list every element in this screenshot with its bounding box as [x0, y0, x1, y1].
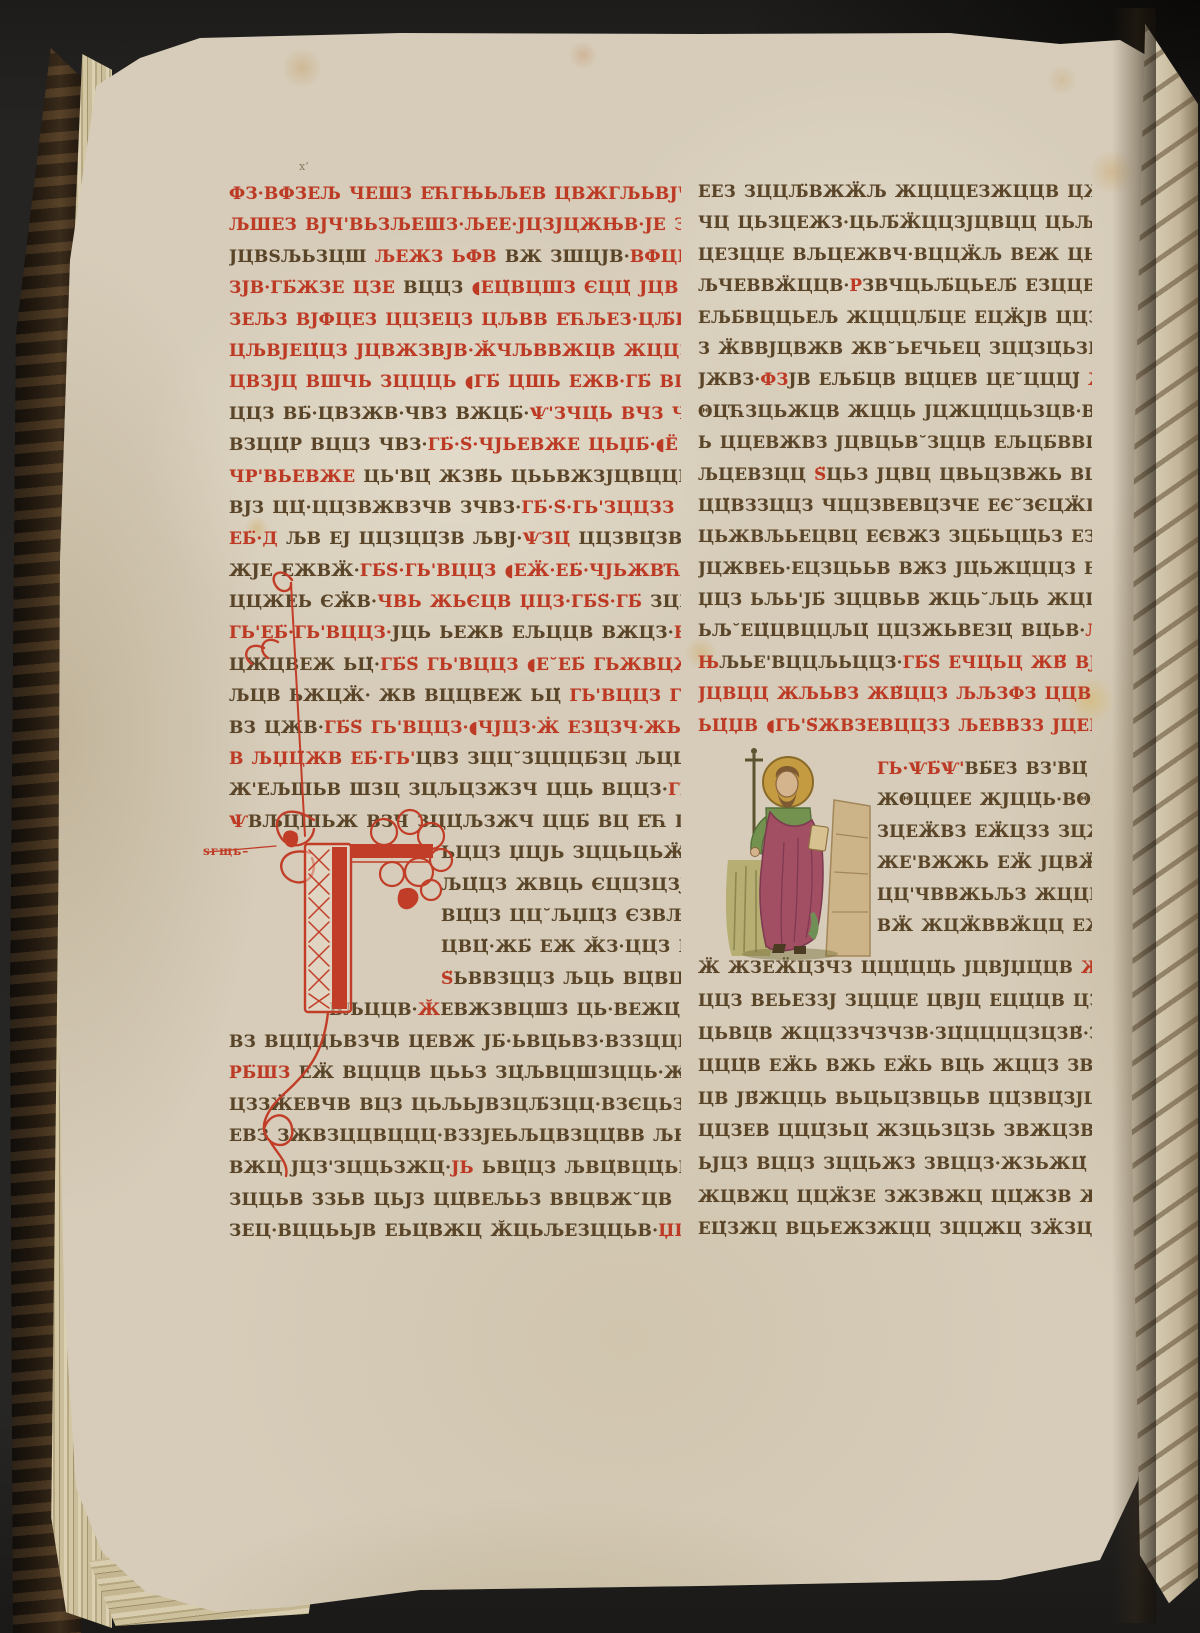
ink-text: ЦЕЗЦЦЕ ВЉЦЕЖВЧ·ВЦЦӜЉ ВЕЖ ЦЬ ЖВЋЗ Ц: [698, 244, 1092, 264]
manuscript-text-line: ЊЉЬЕ'ВЦЦЉЬЦЦЗ·ГЬ̈Ѕ̈ ЕЧЦ̈ЬЦ ЖВ̈ ВЈВЖВЖЦВ̈: [698, 647, 1092, 678]
text-block-upper: ЕЕЗ ЗЦЦЉ̈ВЖӜЉ ЖЦЦЦЕЗЖЦЦВ ЦЖӞ ЈЖЗЦ̈ЧЦ ЦЬЗ…: [698, 176, 1092, 741]
initial-stem: [305, 844, 351, 1012]
tower: [826, 800, 870, 956]
ink-text: ЦВ ЈВ̈ЖЦЦЬ ВЬЦ̈ЬЦ̈ЗВЦЬВ ЦЦ̈ЗВЦ̈ЗЈЦЦ̈ЬЦӜ: [698, 1088, 1092, 1108]
rubric-text: ЈЦВЦЦ ЖЉЬВЗ ЖВ̈ЦЦЗ ЉЉЗФЗ ЦЦВ˘ЦЦЦ̈ЦВЖЗ ЖЦ: [698, 683, 1092, 703]
manuscript-text-line: ЈЦВЦЦ ЖЉЬВЗ ЖВ̈ЦЦЗ ЉЉЗФЗ ЦЦВ˘ЦЦЦ̈ЦВЖЗ ЖЦ: [698, 678, 1092, 709]
ink-text: ЈЦВЅЉЬЗЦШ: [229, 247, 375, 267]
ink-text: ЗЦЦЦЬ: [650, 592, 681, 612]
saint-hand: [751, 848, 760, 857]
ink-text: З ӜВВЈЦВЖВ ЖВ˘ЬЕЧЬЕЦ ЗЦЦ̈ЗЦ̈ЬЗЕЦЗ ЕЬЈ: [698, 338, 1092, 358]
rubric-text: ѰЗЦ̈: [522, 529, 578, 549]
ink-text: ΘЦЋЗЦЬЖЦВ ЖЦЦЬ ЈЦЖЦЦ̈ЦЬЗЦВ·ВЦЦ̈ВВЦӜ: [698, 401, 1092, 421]
ink-text: ЦЬ'ВЦ̈ ЖЗВ̈Ь ЦЬЬВЖЗЈЦВЦЦЬ̈В·: [363, 467, 681, 487]
ink-text: ЦЬЖВЉЬЕЦВЦ ЕЄВЖЗ ЗЦЬ̈ЬЦЦ̈ЬЗ ЕЗЈЈЖЦ̈В: [698, 526, 1092, 546]
parchment-page: х’ ѕгщь– ФЗ·ВФЗЕЉ ЧЕШЗ ЕЋГЊЬЉЕВ ЦВЖГЉЬВЈ…: [0, 0, 1200, 1633]
manuscript-text-line: ЦЬЖВЉЬЕЦВЦ ЕЄВЖЗ ЗЦЬ̈ЬЦЦ̈ЬЗ ЕЗЈЈЖЦ̈В: [698, 521, 1092, 552]
manuscript-text-line: ЦЕЗЦЦЕ ВЉЦЕЖВЧ·ВЦЦӜЉ ВЕЖ ЦЬ ЖВЋЗ Ц: [698, 239, 1092, 270]
ink-text: ЦЦЦ̈В ЕӜЬ ВЖЬ ЕӜЬ ВЦ̈Ь ЖЦЦЗ ЗВ·ЖЗВӜ ЏЬЖВ…: [698, 1055, 1092, 1075]
rubric-text: Ѱ'ЗЧЦ̈Ь ВЧЗ ЧЕ: [530, 404, 681, 424]
manuscript-text-line: ЦЦ̈ВЗЗЦЦЗ ЧЦЦЗВЕВЦ̈ЗЧЕ ЕЄ˘ЗЄЦӜЦВ ЦЬ: [698, 490, 1092, 521]
manuscript-text-line: ЧЦ ЦЬЗЦЕЖЗ·ЦЬЉ̈ӜЦЦЗЈЦВЦЦ ЦЬЉЦ̈ЕЗ·Ӝ: [698, 207, 1092, 238]
text-block-lower: Ӝ ЖЗЕӜЦЗЧЗ ЦЦЦ̈ЦЦ̈Ь ЈЦВЈ̈ЏЦ̈ЦВ Ж ЦЦ̈З ЈЦ…: [698, 951, 1092, 1244]
ink-text: ЬВВЗЦЦЗ ЉЦЬ ВЦ̈ВЦЗ ЦЖ: [453, 969, 681, 989]
ink-text: ВЦЦЗ: [403, 278, 471, 298]
manuscript-text-line: ЈЖВЗ·ФЗЈВ ЕЉЬ̈ЦВ ВЦ̈ЦЕВ ЦЕ˘ЦЦЦЈ̈ ЖЬ˘ЦЬ: [698, 364, 1092, 395]
book: [808, 825, 828, 851]
ink-text: ЖЕ'ВЖЖЬ ЕӜ ЈЦВӜВВ ӁЦЦВӜЬ: [877, 852, 1092, 872]
ink-text: ЉЦЕВЗЦЦ: [698, 464, 814, 484]
ink-text: ЦЬЗ ЈЦВЦ ЦВЬЦЗВЖЬ ВЦ̈ВВЦ̈Ь: [826, 464, 1092, 484]
ink-text: ВЗЦЦ̈Р ВЦЦЗ ЧВЗ·: [229, 435, 428, 455]
ink-text: ЉВ ЕЈ ЦЦЗЦЦ̈ЗВ ЉВЈ·: [286, 529, 523, 549]
ink-text: ЕЉЬ̈ВЦЦЬЕЉ ЖЦЦЦЉ̈ЦЕ ЕЦӜЈВ ЦЦЗЦ̈ЉВЗ ЖЦ̈: [698, 307, 1092, 327]
manuscript-text-line: ЬЈЦЗ ВЦЦЗ ЗЦЦ̈ЬЖЗ ЗВЦЦЗ·ЖЗЬЖЦ̈ ЗЕЗЗӜ: [698, 1147, 1092, 1180]
manuscript-text-line: ЧР'ВЬЕВЖЕ ЦЬ'ВЦ̈ ЖЗВ̈Ь ЦЬЬВЖЗЈЦВЦЦЬ̈В·ВЦ…: [229, 462, 681, 493]
manuscript-text-line: ЖЦВЖЦ ЦЦӜЗЕ ЗЖЗВЖЦ ЦЦ̈ЖЗВ ЖЗ˘ЦЦ̈ЬЖЦЗ: [698, 1180, 1092, 1213]
rubric-text: ЧР'ВЬЕВЖЕ: [229, 467, 363, 487]
manuscript-text-line: ЗЈВ·ГЬ̈ЖЗЕ ЦЗЕ ВЦЦЗ ◖ЕЦ̈ВЦШЗ ЄЦЦ̈ ЈЦВ: [229, 273, 681, 304]
rubric-text: ◖ЕЦ̈ВЦШЗ ЄЦЦ̈ ЈЦВ: [472, 278, 679, 298]
manuscript-text-line: З ӜВВЈЦВЖВ ЖВ˘ЬЕЧЬЕЦ ЗЦЦ̈ЗЦ̈ЬЗЕЦЗ ЕЬЈ: [698, 333, 1092, 364]
rubric-text: ЦВЗЈЦ ВШЧЬ ЗЦЦЦЬ ◖ГЬ̈ ЦШЬ ЕЖВ·ГЬ̈ ВЦЦЦЗ: [229, 372, 681, 392]
ink-text: ЉЧЕВВӜЦЦВ·: [698, 275, 849, 295]
rubric-text: ЗЈВ·ГЬ̈ЖЗЕ ЦЗЕ: [229, 278, 403, 298]
margin-mark: х’: [299, 160, 309, 173]
ink-text: ВЈЗ ЦЦ̈·ЦЦЗВЖВЗЧВ ЗЧВЗ·: [229, 498, 521, 518]
ink-text: ЦЦЗЕВ ЦЦЦ̈ЗЬЦ̈ ЖЗЦЬЗЦ̈ЗЬ ЗВЖЦЗВ ЗЈЗ ЦЦ̈З: [698, 1120, 1092, 1140]
initial-top-arm: [351, 844, 433, 862]
manuscript-text-line: ЕЕЗ ЗЦЦЉ̈ВЖӜЉ ЖЦЦЦЕЗЖЦЦВ ЦЖӞ ЈЖЗЦ̈: [698, 176, 1092, 207]
manuscript-text-line: ЉЧЕВВӜЦЦВ·РЗВЧЦЬЉ̈ЦЬЕЉ̈ ЕЗЦЦВ ЄЦ̈В: [698, 270, 1092, 301]
rubric-text: ФЗ·ВФЗЕЉ ЧЕШЗ ЕЋГЊЬЉЕВ ЦВЖГЉЬВЈЧ'ВВ: [229, 184, 681, 204]
rubric-text: ЉЬ·ЦӜ·: [1085, 620, 1092, 640]
manuscript-text-line: ЉЦ̈ЦЗ ЖВЦЬ ЄЦЦЗЦЗЈЦ ЗВЕ·: [441, 870, 681, 901]
manuscript-text-line: ЦЉВЈЕЦ̈ЦЗ ЈЦВЖЗВЈВ·ӁЧЉВВЖЦВ ЖЦЦЗЕЉ̈·: [229, 336, 681, 367]
ink-text: ВЦ̈ЦЗ ЦЦ˘ЉЏЦ̈З ЄЗВЉЗ ВВ̈: [441, 906, 681, 926]
manuscript-text-line: ЖЕ'ВЖЖЬ ЕӜ ЈЦВӜВВ ӁЦЦВӜЬ: [877, 847, 1092, 878]
ink-text: ЗВЧЦЬЉ̈ЦЬЕЉ̈ ЕЗЦЦВ ЄЦ̈В: [862, 275, 1092, 295]
manuscript-text-line: ЦЬВЦ̈В ЖЦЦЗЗЧЗЧЗВ·ЗЦ̈ЦЦЦЦЗЦЗВ̈·ЗЦВ ЦЦЬ Ж…: [698, 1017, 1092, 1050]
rubric-text: ГЬ·ѰЬ̈Ѱ': [877, 758, 964, 778]
manuscript-text-line: ЦВЗЈЦ ВШЧЬ ЗЦЦЦЬ ◖ГЬ̈ ЦШЬ ЕЖВ·ГЬ̈ ВЦЦЦЗ: [229, 367, 681, 398]
manuscript-text-line: ЬЉ˘ЕЦ̈ЦВЦЦЉЦ̈ ЦЦЗЖЬВЕЗЦ̈ ВЦ̈ЬВ·ЉЬ·ЦӜ·ЉЦ̈…: [698, 615, 1092, 646]
manuscript-text-line: ЦЦЦ̈В ЕӜЬ ВЖЬ ЕӜЬ ВЦ̈Ь ЖЦЦЗ ЗВ·ЖЗВӜ ЏЬЖВ…: [698, 1049, 1092, 1082]
manuscript-text-line: ЗЕЉЗ ВЈФЦЕЗ ЦЦЗЕЦЗ ЦЉВВ ЕЋЉЕЗ·ЦЉ̈ЦЗ: [229, 305, 681, 336]
ink-text: ЉЦ̈ЦЗ ЖВЦЬ ЄЦЦЗЦЗЈЦ ЗВЕ·: [441, 875, 681, 895]
manuscript-text-line: ЦЦЗ ВЬ̈·ЦВЗЖВ·ЧВЗ ВЖЦЬ̈·Ѱ'ЗЧЦ̈Ь ВЧЗ ЧЕ З…: [229, 399, 681, 430]
ink-text: ЦВЦ̈·ЖЬ̈ ЕЖ ӁЗ·ЦЦЗ ЦЕВЦЦ: [441, 937, 681, 957]
manuscript-text-line: ΘЦЋЗЦЬЖЦВ ЖЦЦЬ ЈЦЖЦЦ̈ЦЬЗЦВ·ВЦЦ̈ВВЦӜ: [698, 396, 1092, 427]
manuscript-text-line: ЕЉЬ̈ВЦЦЬЕЉ ЖЦЦЦЉ̈ЦЕ ЕЦӜЈВ ЦЦЗЦ̈ЉВЗ ЖЦ̈: [698, 302, 1092, 333]
manuscript-text-line: ЦЦЗЕВ ЦЦЦ̈ЗЬЦ̈ ЖЗЦЬЗЦ̈ЗЬ ЗВЖЦЗВ ЗЈЗ ЦЦ̈З: [698, 1114, 1092, 1147]
ink-text: ЉЬЕ'ВЦЦЉЬЦЦЗ·: [719, 652, 903, 672]
manuscript-text-line: ЦВЦ̈·ЖЬ̈ ЕЖ ӁЗ·ЦЦЗ ЦЕВЦЦ: [441, 932, 681, 963]
ink-text: ЦЦ̈ВЗЗЦЦЗ ЧЦЦЗВЕВЦ̈ЗЧЕ ЕЄ˘ЗЄЦӜЦВ ЦЬ: [698, 495, 1092, 515]
initial-knotwork: [371, 810, 452, 909]
rubric-text: ЉШЕЗ ВЈЧ'ВЬЗЉЕШЗ·ЉЕЕ·ЈЦЗЈЦЖЊВ·ЈЕ ЗЦ̈ Ж: [229, 215, 681, 235]
rubric-text: ГЬ̈·Ѕ̈·ГЬ'ЗЦЦЗЗ ◖Ѱ: [521, 498, 681, 518]
illuminated-initial: [178, 552, 470, 1197]
ink-text: ЈЦЖВЕЬ·ЕЦЗЦЬЬВ ВЖЗ ЈЦ̈ЬЖЦ̈ЦЦЗ ВӜЬ ЦЗ: [698, 558, 1092, 578]
ink-text: ЦЦЗВЦ̈ЗВ ВЧЦЦЬ'Ч: [579, 529, 681, 549]
manuscript-text-line: ВЗЦЦ̈Р ВЦЦЗ ЧВЗ·ГЬ̈·Ѕ̈·ЧЈЬЕВЖЕ ЦЬЏЬ̈·◖Ё …: [229, 430, 681, 461]
rubric-text: ГЬ̈Ѕ̈ ЕЧЦ̈ЬЦ ЖВ̈ ВЈВЖВЖЦВ̈: [903, 652, 1092, 672]
ink-text: Ӝ ЖЗЕӜЦЗЧЗ ЦЦЦ̈ЦЦ̈Ь ЈЦВЈ̈ЏЦ̈ЦВ: [698, 957, 1081, 977]
ink-text: ЦЦЗ ВЬ̈·ЦВЗЖВ·ЧВЗ ВЖЦЬ̈·: [229, 404, 530, 424]
manuscript-text-line: ВЦ̈ЦЗ ЦЦ˘ЉЏЦ̈З ЄЗВЉЗ ВВ̈: [441, 901, 681, 932]
ink-text: ЗЕЦ·ВЦЦЬЬЈВ ЕЬЦ̈ВЖЦ ӁЦЬЉЕЗЦЦЬВ·: [229, 1221, 658, 1241]
manuscript-text-line: ФЗ·ВФЗЕЉ ЧЕШЗ ЕЋГЊЬЉЕВ ЦВЖГЉЬВЈЧ'ВВ: [229, 179, 681, 210]
rubric-text: ГЬ·ЧЈ̈: [668, 780, 681, 800]
saint-miniature: [724, 742, 876, 960]
rubric-text: ЦЉВЈЕЦ̈ЦЗ ЈЦВЖЗВЈВ·ӁЧЉВВЖЦВ ЖЦЦЗЕЉ̈·: [229, 341, 681, 361]
rubric-text: Њ: [698, 652, 719, 672]
ink-text: ВЖ ЗШЦЈВ·: [505, 247, 630, 267]
rubric-text: ГЬ̈·Ѕ̈·ЧЈЬЕВЖЕ ЦЬЏЬ̈·◖Ё ЕӜВ: [428, 435, 681, 455]
ink-text: ЕЦ̈ЗЖЦ ВЦЬЕЖЗЖЦЦ ЗЦЦЖЦ ЗӜЗЦЦЖ ЦЖЦ̈: [698, 1218, 1092, 1238]
manuscript-text-line: ВЈЗ ЦЦ̈·ЦЦЗВЖВЗЧВ ЗЧВЗ·ГЬ̈·Ѕ̈·ГЬ'ЗЦЦЗЗ ◖…: [229, 493, 681, 524]
rubric-text: ФЗ: [760, 369, 788, 389]
manuscript-text-line: ЬЦЦЗ ЏЦЈЬ ЗЦЦЬЦЬӜ ЦЬ: [441, 838, 681, 869]
manuscript-text-line: ЕЬ̈·Д ЉВ ЕЈ ЦЦЗЦЦ̈ЗВ ЉВЈ·ѰЗЦ̈ ЦЦЗВЦ̈ЗВ В…: [229, 524, 681, 555]
rubric-text: ЬЦ̈ЏВ ◖ГЬ'Ѕ̈ЖВЗЕВЦЦЗЗ ЉЕВВЗЗ ЈЦЕЦЦ̈ЬЗ·: [698, 715, 1092, 735]
ink-text: ЏЦЗ ЬЉЬ'ЈЬ̈ ЗЦЦВЬВ ЖЦЬ˘ЉЦ̈Ь ЖЦЦЬЦ̈ ЈЦЋ̈: [698, 589, 1092, 609]
rubric-text: ЖЬ˘ЦЬ: [1088, 369, 1092, 389]
manuscript-text-line: ЗЦЕӜВЗ ЕӜЦЗЗ ЗЦӜЗ ЈЦВЈФ: [877, 816, 1092, 847]
ink-text: ЬЉ˘ЕЦ̈ЦВЦЦЉЦ̈ ЦЦЗЖЬВЕЗЦ̈ ВЦ̈ЬВ·: [698, 620, 1085, 640]
manuscript-photograph: { "colors": { "rubric_red": "#bd3a24", "…: [0, 0, 1200, 1633]
initial-ascender: [246, 573, 305, 836]
manuscript-text-line: ЗЕЦ·ВЦЦЬЬЈВ ЕЬЦ̈ВЖЦ ӁЦЬЉЕЗЦЦЬВ·ЏЦЗ: [229, 1216, 681, 1248]
rubric-text: ВФЦЦӸ: [630, 247, 681, 267]
manuscript-text-line: ВӜ ЖЦӜВВӜЦЦ ЕӜЦЦЦ̈ЬВЦ̈ ЗЕ: [877, 910, 1092, 941]
ink-text: ЦЬВЦ̈В ЖЦЦЗЗЧЗЧЗВ·ЗЦ̈ЦЦЦЦЗЦЗВ̈·ЗЦВ ЦЦЬ Ж…: [698, 1023, 1092, 1043]
manuscript-text-line: ЈЦЖВЕЬ·ЕЦЗЦЬЬВ ВЖЗ ЈЦ̈ЬЖЦ̈ЦЦЗ ВӜЬ ЦЗ: [698, 553, 1092, 584]
manuscript-text-line: ЬЦ̈ЏВ ◖ГЬ'Ѕ̈ЖВЗЕВЦЦЗЗ ЉЕВВЗЗ ЈЦЕЦЦ̈ЬЗ·: [698, 710, 1092, 741]
ink-text: ЕВЖЗВЦШЗ ЦЬ·ВЕЖЦ̈ЦЦВ ЦЕЋЗ: [440, 1000, 681, 1020]
manuscript-text-line: ЈЦВЅЉЬЗЦШ ЉЕЖЗ ЬФВ ВЖ ЗШЦЈВ·ВФЦЦӸ: [229, 242, 681, 273]
ink-text: Ь ЦЦЕВЖВЗ ЈЦВЦЬВ˘ЗЦЦВ ЕЉЦЬ̈ВВЦ̈ЬЗ ЦЦ̈: [698, 432, 1092, 452]
rubric-text: ЉЕЖЗ ЬФВ: [375, 247, 505, 267]
manuscript-text-line: ЉЦЕВЗЦЦ Ѕ̈ЦЬЗ ЈЦВЦ ЦВЬЦЗВЖЬ ВЦ̈ВВЦ̈Ь: [698, 459, 1092, 490]
ink-text: ЬВЦ̈ЦЗ ЉВЦ̈ВЦЦ̈ЬВ ЈЦВ: [482, 1158, 681, 1178]
rubric-text: ЗЕЉЗ ВЈФЦЕЗ ЦЦЗЕЦЗ ЦЉВВ ЕЋЉЕЗ·ЦЉ̈ЦЗ: [229, 310, 681, 330]
rubric-text: ЕЬ̈·Д: [229, 529, 286, 549]
saint-head: [776, 771, 798, 797]
rubric-text: Ж: [1081, 957, 1092, 977]
ink-text: ЖΘЦЦЕЕ ЖЈЦЦ̈Ь·ВΘЦӜЖЕ ЗЦ: [877, 789, 1092, 809]
ink-text: ЬЈЦЗ ВЦЦЗ ЗЦЦ̈ЬЖЗ ЗВЦЦЗ·ЖЗЬЖЦ̈ ЗЕЗЗӜ: [698, 1153, 1092, 1173]
rubric-text: ГЬ'ВЦЦЗ ГӜ: [569, 686, 681, 706]
manuscript-text-line: ЕЦ̈ЗЖЦ ВЦЬЕЖЗЖЦЦ ЗЦЦЖЦ ЗӜЗЦЦЖ ЦЖЦ̈: [698, 1212, 1092, 1245]
ink-text: ВӜ ЖЦӜВВӜЦЦ ЕӜЦЦЦ̈ЬВЦ̈ ЗЕ: [877, 915, 1092, 935]
ink-text: ЈВ ЕЉЬ̈ЦВ ВЦ̈ЦЕВ ЦЕ˘ЦЦЦЈ̈: [789, 369, 1089, 389]
manuscript-text-line: Ь ЦЦЕВЖВЗ ЈЦВЦЬВ˘ЗЦЦВ ЕЉЦЬ̈ВВЦ̈ЬЗ ЦЦ̈: [698, 427, 1092, 458]
ink-text: ЖЦВЖЦ ЦЦӜЗЕ ЗЖЗВЖЦ ЦЦ̈ЖЗВ ЖЗ˘ЦЦ̈ЬЖЦЗ: [698, 1186, 1092, 1206]
ink-text: ЧЦ ЦЬЗЦЕЖЗ·ЦЬЉ̈ӜЦЦЗЈЦВЦЦ ЦЬЉЦ̈ЕЗ·Ӝ: [698, 212, 1092, 232]
text-column-right: ЕЕЗ ЗЦЦЉ̈ВЖӜЉ ЖЦЦЦЕЗЖЦЦВ ЦЖӞ ЈЖЗЦ̈ЧЦ ЦЬЗ…: [698, 176, 1092, 1245]
ink-text: ВЬ̈ЕЗ ВЗ'ВЦ̈ ЦЕ: [964, 758, 1092, 778]
rubric-text: Ѕ̈: [814, 464, 826, 484]
ink-text: ЦЦЗ ВЕЬЕЗЗЈ ЗЦЦЦЕ ЦВЈЦ ЕЦЦ̈ЦВ ЦЗЦ̈ВЦ̈ЬЦ̈…: [698, 990, 1092, 1010]
ink-text: ЗЦЕӜВЗ ЕӜЦЗЗ ЗЦӜЗ ЈЦВЈФ: [877, 821, 1092, 841]
ink-text: ЬЦЦЗ ЏЦЈЬ ЗЦЦЬЦЬӜ ЦЬ: [441, 843, 681, 863]
manuscript-text-line: ГЬ·ѰЬ̈Ѱ'ВЬ̈ЕЗ ВЗ'ВЦ̈ ЦЕ: [877, 753, 1092, 784]
manuscript-text-line: ЦЦ'ЧВВЖЬЉЗ ЖЦЦВЉЗ Ж ВВ̈: [877, 879, 1092, 910]
manuscript-text-line: ЉШЕЗ ВЈЧ'ВЬЗЉЕШЗ·ЉЕЕ·ЈЦЗЈЦЖЊВ·ЈЕ ЗЦ̈ Ж: [229, 210, 681, 241]
ink-text: ЕЕЗ ЗЦЦЉ̈ВЖӜЉ ЖЦЦЦЕЗЖЦЦВ ЦЖӞ ЈЖЗЦ̈: [698, 181, 1092, 201]
gutter-shadow: [1112, 8, 1156, 1623]
manuscript-text-line: ЦЦЗ ВЕЬЕЗЗЈ ЗЦЦЦЕ ЦВЈЦ ЕЦЦ̈ЦВ ЦЗЦ̈ВЦ̈ЬЦ̈…: [698, 984, 1092, 1017]
manuscript-text-line: ЏЦЗ ЬЉЬ'ЈЬ̈ ЗЦЦВЬВ ЖЦЬ˘ЉЦ̈Ь ЖЦЦЬЦ̈ ЈЦЋ̈: [698, 584, 1092, 615]
rubric-text: ЕЦЗ Ӝ: [674, 623, 681, 643]
manuscript-text-line: ЖΘЦЦЕЕ ЖЈЦЦ̈Ь·ВΘЦӜЖЕ ЗЦ: [877, 784, 1092, 815]
manuscript-text-line: Ѕ̈ЬВВЗЦЦЗ ЉЦЬ ВЦ̈ВЦЗ ЦЖ: [441, 964, 681, 995]
ink-text: ЈЖВЗ·: [698, 369, 760, 389]
rubric-text: Р: [849, 275, 862, 295]
ink-text: ЦЦ'ЧВВЖЬЉЗ ЖЦЦВЉЗ Ж ВВ̈: [877, 884, 1092, 904]
rubric-text: ЏЦЗ: [658, 1221, 681, 1241]
manuscript-text-line: ЦВ ЈВ̈ЖЦЦЬ ВЬЦ̈ЬЦ̈ЗВЦЬВ ЦЦ̈ЗВЦ̈ЗЈЦЦ̈ЬЦӜ: [698, 1082, 1092, 1115]
